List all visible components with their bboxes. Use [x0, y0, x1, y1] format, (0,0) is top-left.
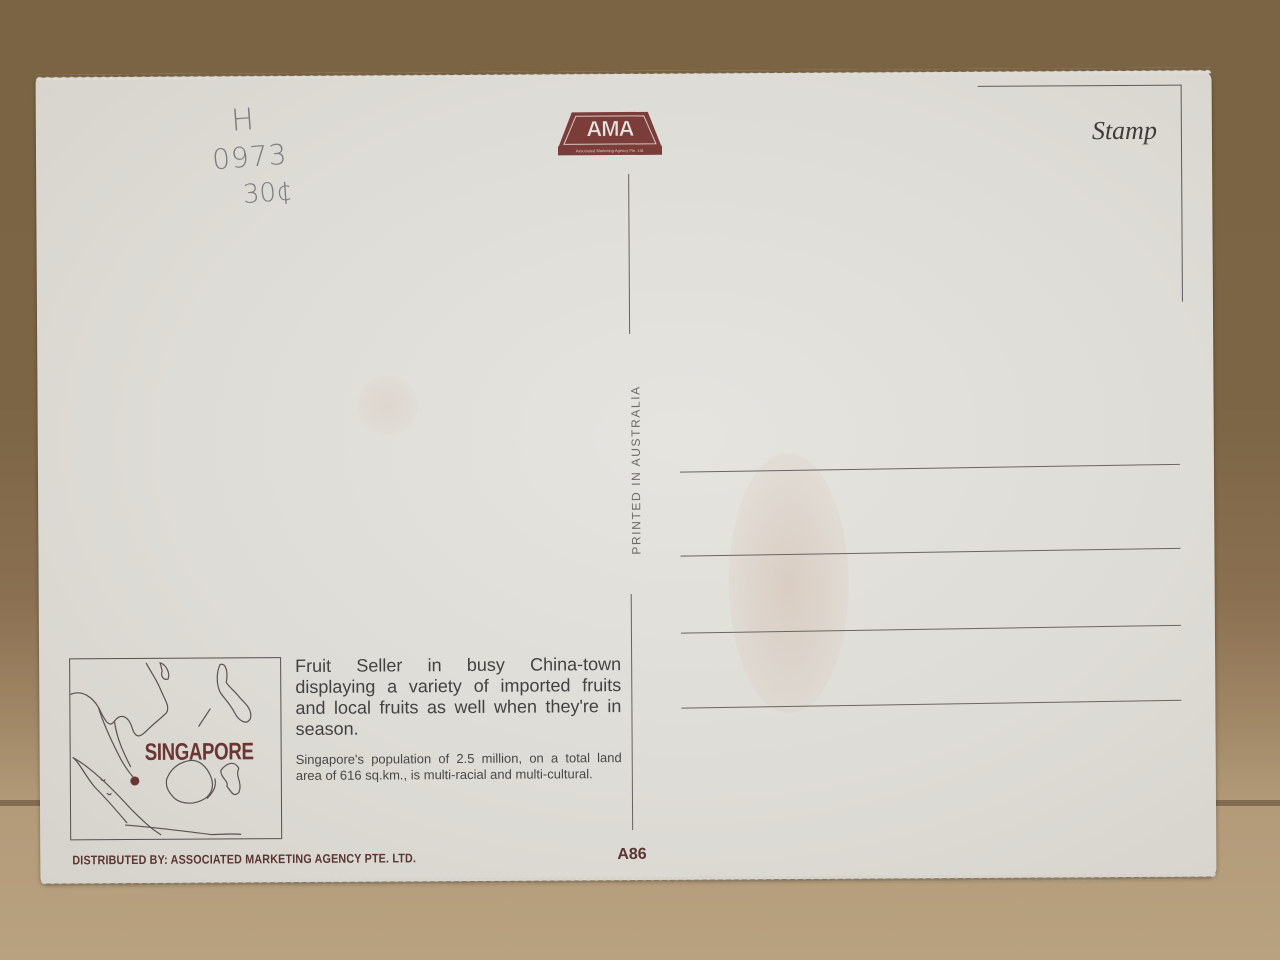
center-divider-top: [628, 174, 630, 334]
handwritten-letter: H: [230, 100, 320, 137]
singapore-marker-icon: [130, 776, 139, 785]
distributor-credit: DISTRIBUTED BY: ASSOCIATED MARKETING AGE…: [72, 851, 416, 867]
deckle-edge-bottom: [40, 873, 1216, 886]
logo-text: AMA: [558, 116, 662, 143]
address-line-4: [681, 700, 1181, 709]
card-caption: Fruit Seller in busy China-town displayi…: [295, 654, 622, 784]
card-code: A86: [617, 846, 646, 864]
stamp-label: Stamp: [1092, 116, 1157, 146]
caption-facts: Singapore's population of 2.5 million, o…: [296, 750, 622, 784]
center-divider-bottom: [631, 594, 633, 830]
stamp-box: Stamp: [978, 85, 1183, 303]
caption-description: Fruit Seller in busy China-town displayi…: [295, 654, 622, 740]
address-line-1: [680, 464, 1180, 473]
handwritten-notes: H 0973 30¢: [208, 100, 325, 210]
paper-stain: [357, 375, 417, 435]
map-inset: SINGAPORE: [69, 657, 282, 840]
handwritten-price: 30¢: [242, 176, 326, 208]
map-country-label: SINGAPORE: [145, 738, 254, 767]
deckle-edge-top: [36, 67, 1212, 80]
handwritten-code: 0973: [211, 138, 323, 174]
postcard-back: H 0973 30¢ AMA Associated Marketing Agen…: [36, 70, 1217, 883]
paper-stain: [728, 453, 850, 714]
printed-in-label: PRINTED IN AUSTRALIA: [628, 360, 643, 580]
publisher-logo: AMA Associated Marketing Agency Pte. Ltd…: [558, 108, 662, 159]
logo-subtitle: Associated Marketing Agency Pte. Ltd.: [558, 146, 662, 156]
